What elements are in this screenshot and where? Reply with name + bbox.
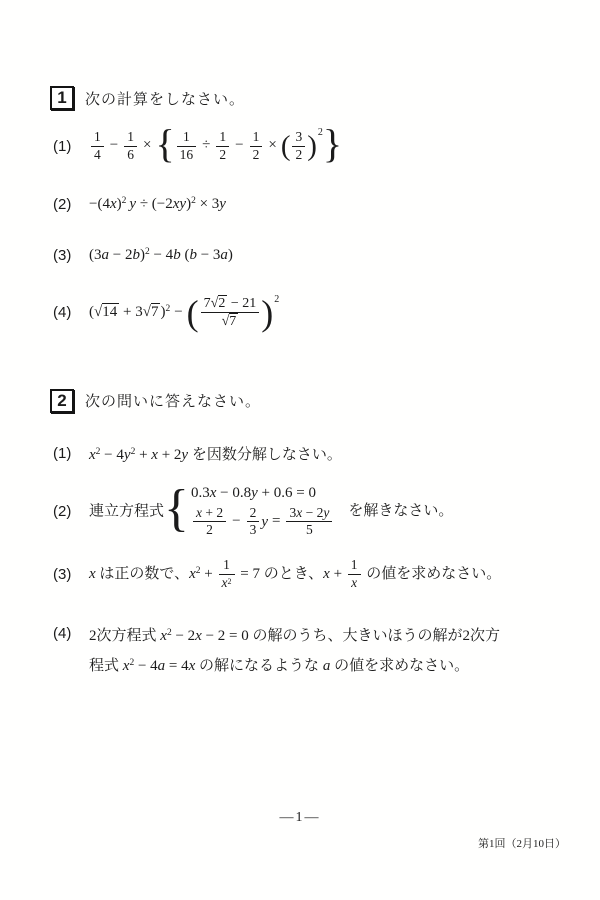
math-token: x: [110, 196, 117, 212]
math-token: 0.3: [191, 485, 210, 501]
math-token: − 21: [227, 296, 256, 311]
section-1-title: 次の計算をしなさい。: [85, 88, 245, 109]
math-token: x: [151, 447, 158, 463]
math-token: x: [89, 566, 96, 582]
superscript: 2: [165, 304, 170, 314]
math-token: −(4: [89, 196, 110, 212]
math-token: − 4: [100, 447, 123, 463]
math-expression: −(4x)2y ÷ (−2xy)2 × 3y: [89, 196, 226, 213]
text-run: を解きなさい。: [348, 503, 453, 519]
radical-sign: √: [143, 304, 151, 320]
math-token: y: [261, 513, 268, 529]
math-token: 2: [216, 146, 229, 164]
math-token: − 2 = 0: [202, 628, 253, 644]
math-token: y: [124, 447, 131, 463]
math-token: ×: [143, 137, 151, 153]
text-run: 2次方程式: [89, 628, 160, 644]
math-token: x: [89, 447, 96, 463]
math-expression: 連立方程式{0.3x − 0.8y + 0.6 = 0x + 22−23y=3x…: [89, 484, 453, 540]
equation-system: 0.3x − 0.8y + 0.6 = 0x + 22−23y=3x − 2y5: [191, 484, 334, 540]
math-token: =: [272, 513, 280, 529]
equation-line: x + 22−23y=3x − 2y5: [191, 505, 334, 540]
math-expression: x2 − 4y2 + x + 2y を因数分解しなさい。: [89, 443, 342, 464]
fraction: 3x − 2y5: [286, 505, 332, 540]
math-token: − 4: [134, 658, 157, 674]
fraction: 16: [124, 129, 137, 164]
fraction: 12: [216, 129, 229, 164]
math-token: 1: [216, 129, 229, 146]
math-token: 5: [286, 521, 332, 539]
math-token: x: [195, 628, 202, 644]
math-token: −: [110, 137, 118, 153]
math-token: √7: [201, 312, 260, 331]
math-token: − 2: [109, 247, 132, 263]
text-run: のとき、: [264, 566, 323, 582]
brace-delimiter: {: [164, 483, 189, 535]
math-token: + 3: [119, 304, 142, 320]
question-2-3: (3) x は正の数で、x2 + 1x2 = 7 のとき、x + 1x の値を求…: [0, 557, 600, 592]
question-label: (2): [53, 503, 89, 520]
section-2-header: 2 次の問いに答えなさい。: [0, 389, 600, 413]
math-token: 4: [91, 146, 104, 164]
math-token: y: [323, 505, 329, 520]
superscript: 2: [122, 196, 127, 206]
question-1-1: (1) 14−16×{116÷12−12×(32)2}: [0, 126, 600, 166]
fraction: 7√2 − 21√7: [201, 295, 260, 331]
section-1-number-box: 1: [50, 86, 74, 110]
question-2-1: (1) x2 − 4y2 + x + 2y を因数分解しなさい。: [0, 443, 600, 464]
math-token: 1: [177, 129, 197, 146]
text-line: 2次方程式 x2 − 2x − 2 = 0 の解のうち、大きいほうの解が2次方: [89, 620, 500, 650]
math-token: +: [201, 566, 217, 582]
math-token: + 0.6 = 0: [258, 485, 316, 501]
paren-delimiter: ): [261, 295, 273, 331]
math-token: 1: [91, 129, 104, 146]
math-token: 16: [177, 146, 197, 164]
math-token: a: [102, 247, 110, 263]
fraction: 1x: [348, 557, 361, 592]
math-token: 14: [102, 303, 119, 320]
section-2-title: 次の問いに答えなさい。: [85, 390, 261, 411]
math-token: −: [232, 513, 240, 529]
question-1-3: (3) (3a − 2b)2 − 4b (b − 3a): [0, 247, 600, 264]
math-token: 7√2 − 21: [201, 295, 260, 313]
math-token: x + 2: [193, 505, 226, 522]
math-token: 2: [218, 295, 227, 311]
math-token: 3: [247, 521, 260, 539]
math-token: b: [173, 247, 181, 263]
sqrt-radical: √14: [94, 303, 119, 320]
text-run: の値を求めなさい。: [330, 658, 469, 674]
exam-page: 1 次の計算をしなさい。 (1) 14−16×{116÷12−12×(32)2}…: [0, 0, 600, 900]
math-token: −: [235, 137, 243, 153]
math-token: y: [219, 196, 226, 212]
sqrt-radical: √7: [222, 313, 239, 329]
question-label: (4): [53, 304, 89, 321]
question-label: (1): [53, 445, 89, 462]
math-token: − 4: [150, 247, 173, 263]
math-token: 7: [229, 313, 238, 329]
math-token: x: [160, 628, 167, 644]
math-token: +: [330, 566, 346, 582]
paren-delimiter: (: [281, 132, 291, 161]
math-expression: (3a − 2b)2 − 4b (b − 3a): [89, 247, 233, 264]
math-token: x2: [219, 574, 235, 592]
math-token: 1: [250, 129, 263, 146]
math-token: 2: [193, 521, 226, 539]
text-run: の解になるような: [195, 658, 323, 674]
math-token: 6: [124, 146, 137, 164]
math-token: 2: [292, 146, 305, 164]
math-token: b: [189, 247, 197, 263]
math-token: 1: [124, 129, 137, 146]
math-expression: 14−16×{116÷12−12×(32)2}: [89, 126, 342, 166]
math-token: × 3: [196, 196, 219, 212]
question-label: (4): [53, 620, 89, 647]
fraction: 116: [177, 129, 197, 164]
question-label: (3): [53, 566, 89, 583]
text-run: 連立方程式: [89, 503, 164, 519]
math-token: ÷ (−2: [136, 196, 173, 212]
brace-delimiter: {: [155, 124, 174, 164]
math-token: = 7: [237, 566, 264, 582]
text-line: 程式 x2 − 4a = 4x の解になるような a の値を求めなさい。: [89, 650, 500, 680]
math-token: b: [132, 247, 140, 263]
sqrt-radical: √2: [211, 295, 228, 311]
math-token: 3: [292, 129, 305, 146]
math-token: − 3: [197, 247, 220, 263]
section-2-number-box: 2: [50, 389, 74, 413]
section-1-header: 1 次の計算をしなさい。: [0, 86, 600, 110]
math-token: 2: [247, 505, 260, 522]
math-token: 2: [250, 146, 263, 164]
math-token: ×: [268, 137, 276, 153]
question-label: (1): [53, 138, 89, 155]
math-token: x: [189, 566, 196, 582]
math-token: − 2: [302, 505, 323, 520]
math-token: a: [220, 247, 228, 263]
math-token: 1: [348, 557, 361, 574]
text-run: の解のうち、大きいほうの解が2次方: [253, 628, 501, 644]
superscript: 2: [274, 294, 279, 305]
math-token: + 2: [158, 447, 181, 463]
question-1-4: (4) (√14 + 3√7)2−(7√2 − 21√7)2: [0, 294, 600, 331]
math-token: = 4: [165, 658, 188, 674]
math-token: 1: [219, 557, 235, 574]
page-number: —1—: [0, 810, 600, 826]
paren-delimiter: ): [307, 132, 317, 161]
math-token: x: [351, 575, 357, 590]
math-token: x: [323, 566, 330, 582]
fraction: 1x2: [219, 557, 235, 592]
sqrt-radical: √7: [143, 303, 161, 320]
math-token: 7: [151, 303, 161, 320]
math-token: (3: [89, 247, 102, 263]
math-token: − 0.8: [216, 485, 251, 501]
math-token: xy: [173, 196, 186, 212]
math-token: x: [348, 574, 361, 592]
fraction: 32: [292, 129, 305, 164]
radical-sign: √: [94, 304, 102, 320]
math-token: ): [228, 247, 233, 263]
math-token: −: [174, 304, 182, 320]
question-label: (3): [53, 247, 89, 264]
question-text: 2次方程式 x2 − 2x − 2 = 0 の解のうち、大きいほうの解が2次方 …: [89, 620, 500, 680]
math-expression: (√14 + 3√7)2−(7√2 − 21√7)2: [89, 294, 279, 331]
math-token: y: [251, 485, 258, 501]
math-token: +: [135, 447, 151, 463]
brace-delimiter: }: [323, 124, 342, 164]
math-token: 7: [204, 296, 211, 311]
question-2-4: (4) 2次方程式 x2 − 2x − 2 = 0 の解のうち、大きいほうの解が…: [0, 620, 600, 680]
fraction: 23: [247, 505, 260, 540]
math-token: + 2: [202, 505, 223, 520]
text-run: の値を求めなさい。: [363, 566, 502, 582]
fraction: 14: [91, 129, 104, 164]
session-label: 第1回（2月10日）: [478, 835, 566, 851]
text-run: 程式: [89, 658, 123, 674]
text-run: を因数分解しなさい。: [188, 447, 342, 463]
math-token: ÷: [202, 137, 210, 153]
question-2-2: (2) 連立方程式{0.3x − 0.8y + 0.6 = 0x + 22−23…: [0, 484, 600, 540]
paren-delimiter: (: [187, 295, 199, 331]
question-1-2: (2) −(4x)2y ÷ (−2xy)2 × 3y: [0, 196, 600, 213]
math-token: − 2: [172, 628, 195, 644]
superscript: 2: [228, 577, 232, 586]
fraction: x + 22: [193, 505, 226, 540]
text-run: は正の数で、: [96, 566, 189, 582]
math-expression: x は正の数で、x2 + 1x2 = 7 のとき、x + 1x の値を求めなさい…: [89, 557, 501, 592]
fraction: 12: [250, 129, 263, 164]
question-label: (2): [53, 196, 89, 213]
math-token: 3x − 2y: [286, 505, 332, 522]
equation-line: 0.3x − 0.8y + 0.6 = 0: [191, 484, 334, 502]
